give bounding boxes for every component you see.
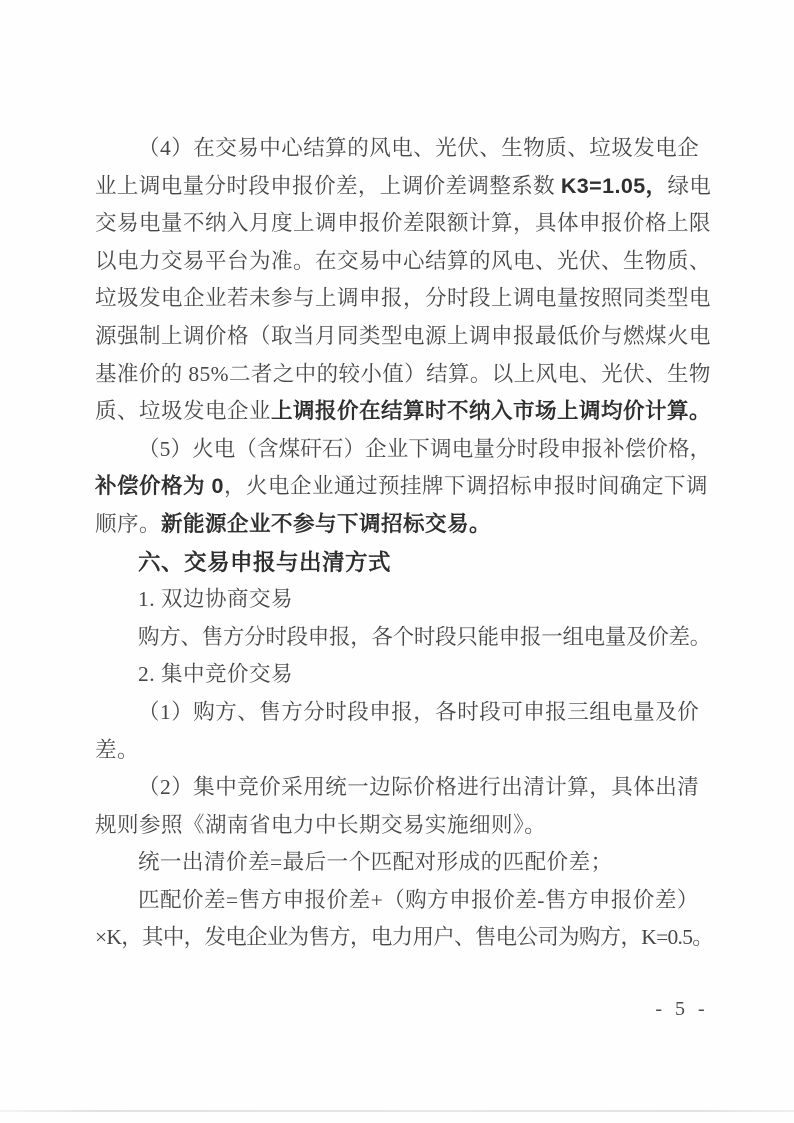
text-line: 基准价的 85%二者之中的较小值）结算。以上风电、光伏、生物 <box>95 356 711 394</box>
text-segment: ×K，其中，发电企业为售方，电力用户、售电公司为购方，K=0.5。 <box>95 925 713 949</box>
text-segment: 差。 <box>95 738 139 762</box>
text-segment: 业上调电量分时段申报价差，上调价差调整系数 <box>95 174 561 198</box>
text-line: 补偿价格为 0，火电企业通过预挂牌下调招标申报时间确定下调 <box>95 468 711 506</box>
document-body: （4）在交易中心结算的风电、光伏、生物质、垃圾发电企业上调电量分时段申报价差，上… <box>95 130 711 957</box>
text-segment: 2. 集中竞价交易 <box>138 662 293 686</box>
section-heading: 六、交易申报与出清方式 <box>95 544 711 582</box>
text-line: 垃圾发电企业若未参与上调申报，分时段上调电量按照同类型电 <box>95 280 711 318</box>
text-segment: 新能源企业不参与下调招标交易。 <box>161 512 491 536</box>
text-segment: 基准价的 85%二者之中的较小值）结算。以上风电、光伏、生物 <box>95 362 711 386</box>
text-line: 2. 集中竞价交易 <box>95 656 711 694</box>
text-segment: 顺序。 <box>95 512 161 536</box>
text-segment: 购方、售方分时段申报，各个时段只能申报一组电量及价差。 <box>138 625 711 649</box>
text-segment: （2）集中竞价采用统一边际价格进行出清计算，具体出清 <box>138 775 699 799</box>
text-segment: 规则参照《湖南省电力中长期交易实施细则》。 <box>95 813 546 837</box>
text-segment: 以电力交易平台为准。在交易中心结算的风电、光伏、生物质、 <box>95 249 711 273</box>
text-segment: 匹配价差=售方申报价差+（购方申报价差-售方申报价差） <box>138 888 699 912</box>
text-line: 源强制上调价格（取当月同类型电源上调申报最低价与燃煤火电 <box>95 318 711 356</box>
text-line: 规则参照《湖南省电力中长期交易实施细则》。 <box>95 807 711 845</box>
text-segment: 1. 双边协商交易 <box>138 587 293 611</box>
text-segment: 上调报价在结算时不纳入市场上调均价计算。 <box>271 399 711 423</box>
text-line: 统一出清价差=最后一个匹配对形成的匹配价差； <box>95 844 711 882</box>
text-line: 顺序。新能源企业不参与下调招标交易。 <box>95 506 711 544</box>
text-segment: 交易电量不纳入月度上调申报价差限额计算，具体申报价格上限 <box>95 211 711 235</box>
text-segment: （4）在交易中心结算的风电、光伏、生物质、垃圾发电企 <box>138 136 699 160</box>
text-line: （1）购方、售方分时段申报，各时段可申报三组电量及价 <box>95 694 711 732</box>
text-segment: 绿电 <box>667 174 711 198</box>
text-line: （5）火电（含煤矸石）企业下调电量分时段申报补偿价格， <box>95 431 711 469</box>
text-line: 以电力交易平台为准。在交易中心结算的风电、光伏、生物质、 <box>95 243 711 281</box>
text-segment: （5）火电（含煤矸石）企业下调电量分时段申报补偿价格， <box>138 437 711 461</box>
scan-artifact-line <box>0 1110 794 1112</box>
text-line: 匹配价差=售方申报价差+（购方申报价差-售方申报价差） <box>95 882 711 920</box>
text-segment: 源强制上调价格（取当月同类型电源上调申报最低价与燃煤火电 <box>95 324 711 348</box>
text-line: 购方、售方分时段申报，各个时段只能申报一组电量及价差。 <box>95 619 711 657</box>
text-segment: 垃圾发电企业若未参与上调申报，分时段上调电量按照同类型电 <box>95 286 711 310</box>
text-line: 1. 双边协商交易 <box>95 581 711 619</box>
text-segment: （1）购方、售方分时段申报，各时段可申报三组电量及价 <box>138 700 699 724</box>
text-line: 质、垃圾发电企业上调报价在结算时不纳入市场上调均价计算。 <box>95 393 711 431</box>
text-line: （2）集中竞价采用统一边际价格进行出清计算，具体出清 <box>95 769 711 807</box>
document-page: （4）在交易中心结算的风电、光伏、生物质、垃圾发电企业上调电量分时段申报价差，上… <box>0 0 794 1123</box>
text-segment: 六、交易申报与出清方式 <box>138 550 391 575</box>
text-line: 差。 <box>95 732 711 770</box>
text-line: 业上调电量分时段申报价差，上调价差调整系数 K3=1.05，绿电 <box>95 168 711 206</box>
text-segment: 质、垃圾发电企业 <box>95 399 271 423</box>
text-line: 交易电量不纳入月度上调申报价差限额计算，具体申报价格上限 <box>95 205 711 243</box>
text-segment: 补偿价格为 0 <box>95 474 224 498</box>
text-segment: K3=1.05， <box>561 174 668 198</box>
text-line: （4）在交易中心结算的风电、光伏、生物质、垃圾发电企 <box>95 130 711 168</box>
text-segment: ，火电企业通过预挂牌下调招标申报时间确定下调 <box>224 474 708 498</box>
text-line: ×K，其中，发电企业为售方，电力用户、售电公司为购方，K=0.5。 <box>95 919 711 957</box>
text-segment: 统一出清价差=最后一个匹配对形成的匹配价差； <box>138 850 613 874</box>
page-number: - 5 - <box>644 998 720 1021</box>
